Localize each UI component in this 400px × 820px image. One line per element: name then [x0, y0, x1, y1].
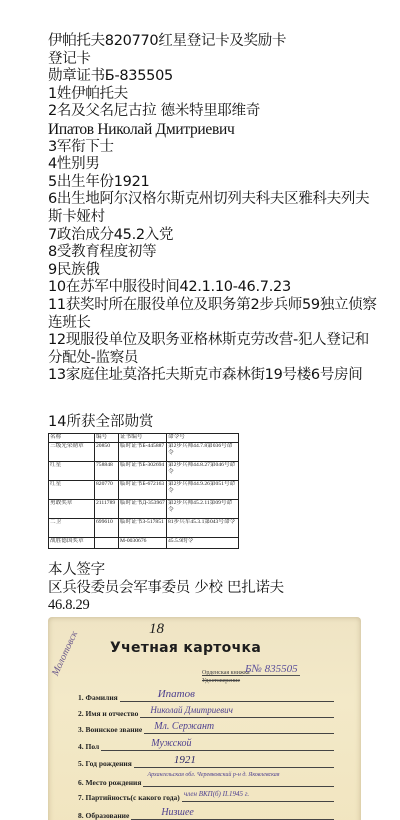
field-education: 8受教育程度初等 [48, 244, 378, 262]
card-field-rank: 3. Воинское звание Мл. Сержант [78, 721, 334, 734]
cell-number [95, 538, 119, 549]
field-home-address: 13家庭住址莫洛托夫斯克市森林街19号楼6号房间 [48, 367, 378, 385]
cell-award: 红星 [49, 481, 95, 500]
card-field-education: 8. Образование Низшее [78, 807, 334, 820]
field-sex: 4性别男 [48, 156, 378, 174]
card-field-label: 6. Место рождения [78, 778, 141, 787]
cell-number: 758848 [95, 462, 119, 481]
cell-award: 三级光荣勋章 [49, 443, 95, 462]
table-header-row: 名称 编号 证书编号 命令号 [49, 434, 239, 443]
cell-order: 81步兵军45.3.1第043号命令 [167, 519, 239, 538]
cell-order: 第2步兵师44.8.27第046号命令 [167, 462, 239, 481]
signature-date: 46.8.29 [48, 597, 284, 615]
field-surname: 1姓伊帕托夫 [48, 86, 378, 104]
cell-award: 勇敢奖章 [49, 500, 95, 519]
cell-number: 820770 [95, 481, 119, 500]
cell-order: 第2步兵师44.9.26第051号命令 [167, 481, 239, 500]
field-rank: 3军衔下士 [48, 139, 378, 157]
table-row: 二卫 699610 临时证书З-517851 81步兵军45.3.1第043号命… [49, 519, 239, 538]
cell-certificate: 临时证书Б-302694 [119, 462, 167, 481]
order-book-number: Б№ 835505 [243, 663, 300, 676]
cell-award: 红星 [49, 462, 95, 481]
cell-number: 699610 [95, 519, 119, 538]
card-field-value: член ВКП(б) II.1945 г. [182, 789, 334, 802]
card-field-value: Николай Дмитриевич [140, 705, 334, 718]
signature-officer: 区兵役委员会军事委员 少校 巴扎诺夫 [48, 580, 284, 598]
cell-order: 第2步兵师44.7.8第036号命令 [167, 443, 239, 462]
cell-certificate: M-0030676 [119, 538, 167, 549]
card-field-value: Архангельская обл. Черевковский р-н д. Я… [143, 772, 334, 787]
card-field-value: 1921 [134, 755, 334, 768]
cell-number: 2111789 [95, 500, 119, 519]
table-row: 战胜德国奖章 M-0030676 45.5.9的令 [49, 538, 239, 549]
card-number: 18 [149, 621, 164, 638]
signature-label: 本人签字 [48, 562, 284, 580]
card-field-party: 7. Партийность(с какого года) член ВКП(б… [78, 789, 334, 802]
card-field-birth-year: 5. Год рождения 1921 [78, 755, 334, 768]
certificate-number: 勋章证书Б-835505 [48, 68, 378, 86]
card-field-surname: 1. Фамилия Ипатов [78, 689, 334, 702]
field-birthplace: 6出生地阿尔汉格尔斯克州切列夫科夫区雅科夫列夫斯卡娅村 [48, 191, 378, 226]
table-row: 勇敢奖章 2111789 临时证书Д-353967 第2步兵师45.2.11第0… [49, 500, 239, 519]
header-name: 名称 [49, 434, 95, 443]
cell-award: 战胜德国奖章 [49, 538, 95, 549]
cell-award: 二卫 [49, 519, 95, 538]
field-current-unit: 12现服役单位及职务亚格林斯克劳改营-犯人登记和分配处-监察员 [48, 332, 378, 367]
registration-text: 伊帕托夫820770红星登记卡及奖励卡 登记卡 勋章证书Б-835505 1姓伊… [48, 33, 378, 385]
card-field-birthplace: 6. Место рождения Архангельская обл. Чер… [78, 772, 334, 787]
cell-order: 第2步兵师45.2.11第09号命令 [167, 500, 239, 519]
cell-certificate: 临时证书З-517851 [119, 519, 167, 538]
cell-certificate: 临时证书Б-672163 [119, 481, 167, 500]
card-field-label: 1. Фамилия [78, 693, 118, 702]
document-subtitle: 登记卡 [48, 51, 378, 69]
cell-certificate: 临时证书Д-353967 [119, 500, 167, 519]
table-row: 三级光荣勋章 20850 临时证书Б-445887 第2步兵师44.7.8第03… [49, 443, 239, 462]
field-birth-year: 5出生年份1921 [48, 174, 378, 192]
awards-table: 名称 编号 证书编号 命令号 三级光荣勋章 20850 临时证书Б-445887… [48, 433, 239, 549]
card-field-sex: 4. Пол Мужской [78, 738, 334, 751]
card-field-value: Низшее [131, 807, 334, 820]
cell-number: 20850 [95, 443, 119, 462]
table-row: 红星 758848 临时证书Б-302694 第2步兵师44.8.27第046号… [49, 462, 239, 481]
table-row: 红星 820770 临时证书Б-672163 第2步兵师44.9.26第051号… [49, 481, 239, 500]
card-field-value: Ипатов [120, 689, 334, 702]
field-party: 7政治成分45.2入党 [48, 227, 378, 245]
scanned-registration-card: 18 Учетная карточка Молотовск Орденская … [48, 617, 361, 820]
card-field-value: Мл. Сержант [144, 721, 334, 734]
card-field-name: 2. Имя и отчество Николай Дмитриевич [78, 705, 334, 718]
card-field-label: 3. Воинское звание [78, 725, 142, 734]
cell-order: 45.5.9的令 [167, 538, 239, 549]
header-certificate: 证书编号 [119, 434, 167, 443]
field-nationality: 9民族俄 [48, 262, 378, 280]
card-field-label: 5. Год рождения [78, 759, 132, 768]
order-book-struck-label: Удостоверение [202, 678, 240, 684]
card-field-label: 2. Имя и отчество [78, 709, 138, 718]
field-name-patronymic: 2名及父名尼古拉 德米特里耶维奇 [48, 103, 378, 121]
field-unit-at-award: 11获奖时所在服役单位及职务第2步兵师59独立侦察连班长 [48, 297, 378, 332]
header-number: 编号 [95, 434, 119, 443]
signature-block: 本人签字 区兵役委员会军事委员 少校 巴扎诺夫 46.8.29 [48, 562, 284, 615]
card-margin-note: Молотовск [50, 630, 80, 678]
cell-certificate: 临时证书Б-445887 [119, 443, 167, 462]
awards-title: 14所获全部勋赏 [48, 413, 153, 431]
card-field-label: 7. Партийность(с какого года) [78, 793, 180, 802]
header-order: 命令号 [167, 434, 239, 443]
card-field-value: Мужской [101, 738, 334, 751]
card-title: Учетная карточка [110, 640, 261, 656]
document-title: 伊帕托夫820770红星登记卡及奖励卡 [48, 33, 378, 51]
card-field-label: 8. Образование [78, 811, 129, 820]
field-name-russian: Ипатов Николай Дмитриевич [48, 121, 378, 139]
field-service-period: 10在苏军中服役时间42.1.10-46.7.23 [48, 279, 378, 297]
card-field-label: 4. Пол [78, 742, 99, 751]
